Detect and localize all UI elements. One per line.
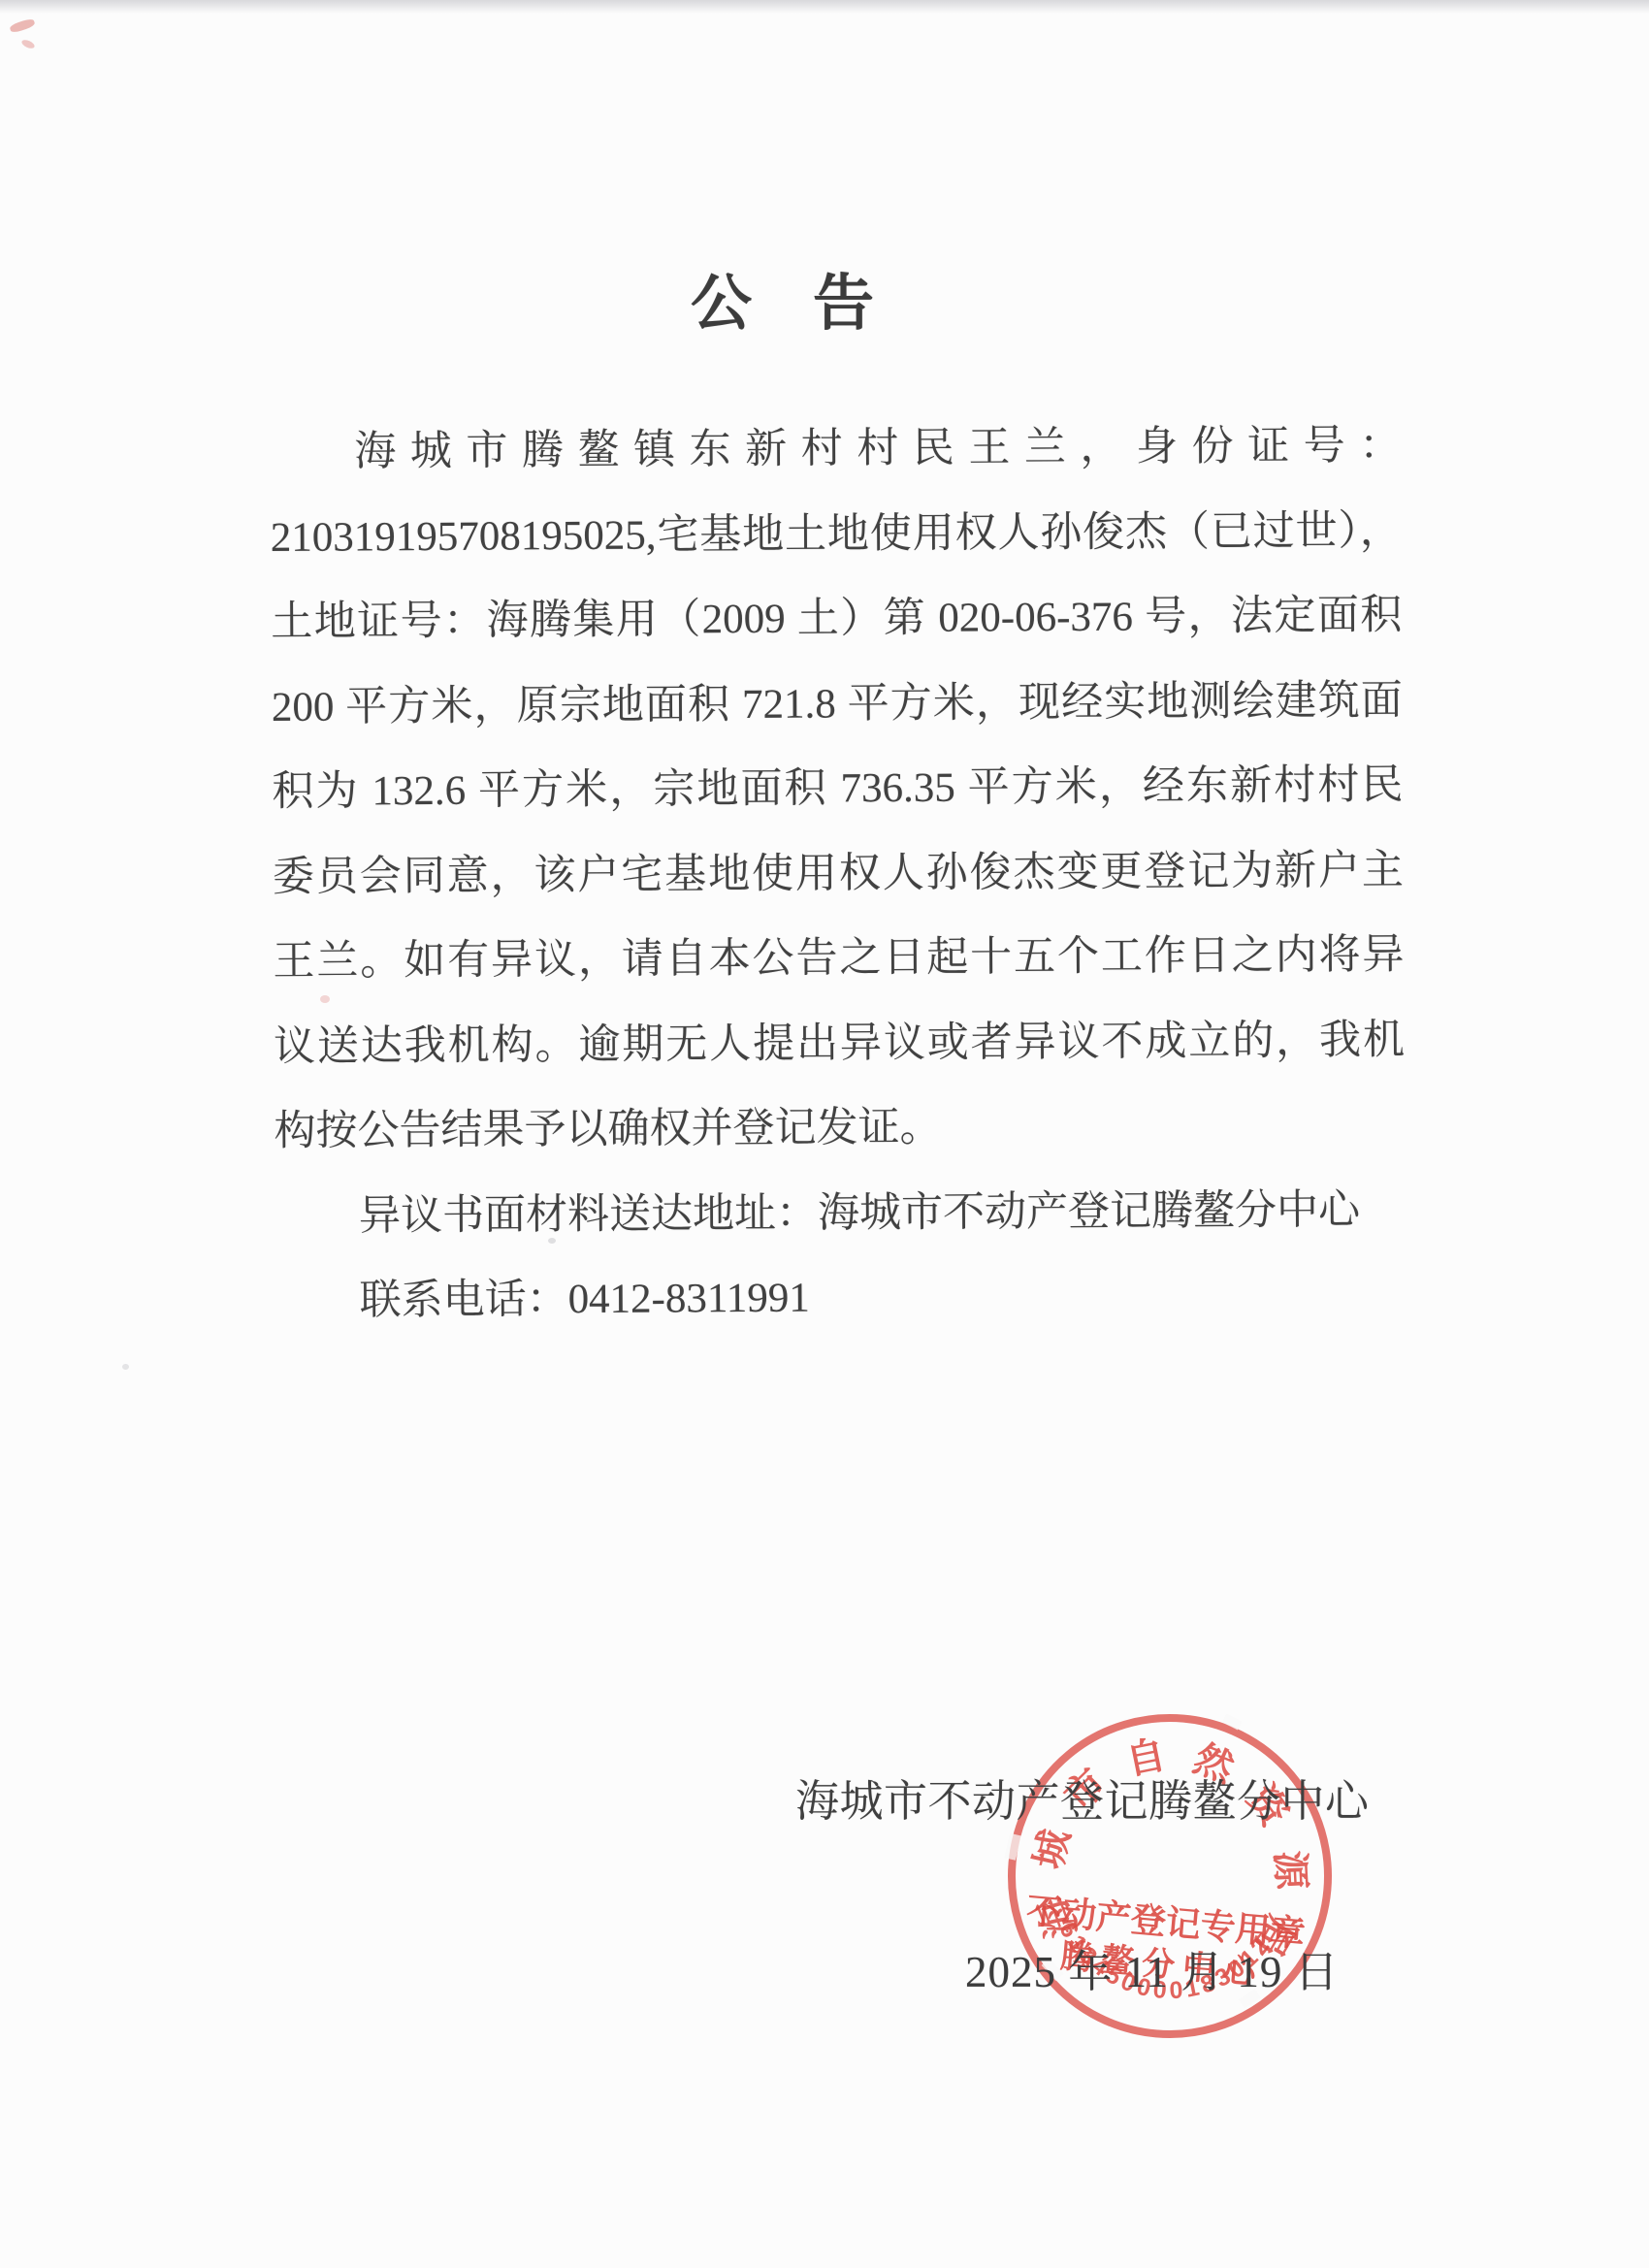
body-line: 土地证号：海腾集用（2009 土）第 020-06-376 号，法定面积: [271, 573, 1403, 665]
body-line: 构按公告结果予以确权并登记发证。: [274, 1083, 1406, 1175]
notice-body: 海城市腾鳌镇东新村村民王兰，身份证号： 210319195708195025,宅…: [270, 404, 1406, 1345]
body-line-address: 异议书面材料送达地址：海城市不动产登记腾鳌分中心: [275, 1167, 1406, 1259]
scan-edge-artifact: [0, 0, 1649, 14]
body-line: 200 平方米，原宗地面积 721.8 平方米，现经实地测绘建筑面: [272, 658, 1404, 750]
red-ink-speck: [9, 17, 36, 34]
issue-date: 2025 年 11 月 19 日: [965, 1936, 1340, 1999]
notice-title: 公 告: [691, 254, 874, 342]
body-line: 王兰。如有异议，请自本公告之日起十五个工作日之内将异: [273, 913, 1405, 1005]
issuer-signature: 海城市不动产登记腾鳌分中心: [795, 1766, 1370, 1829]
notice-page: 公 告 海城市腾鳌镇东新村村民王兰，身份证号： 2103191957081950…: [0, 0, 1649, 2268]
body-line-phone: 联系电话：0412-8311991: [275, 1252, 1406, 1345]
gray-speck: [122, 1364, 129, 1370]
red-ink-speck: [20, 38, 36, 49]
body-line: 210319195708195025,宅基地土地使用权人孙俊杰（已过世），: [271, 488, 1403, 580]
body-line: 海城市腾鳌镇东新村村民王兰，身份证号：: [270, 404, 1402, 496]
body-line: 积为 132.6 平方米，宗地面积 736.35 平方米，经东新村村民: [272, 743, 1404, 835]
body-line: 议送达我机构。逾期无人提出异议或者异议不成立的，我机: [274, 997, 1406, 1089]
body-line: 委员会同意，该户宅基地使用权人孙俊杰变更登记为新户主: [273, 827, 1405, 920]
